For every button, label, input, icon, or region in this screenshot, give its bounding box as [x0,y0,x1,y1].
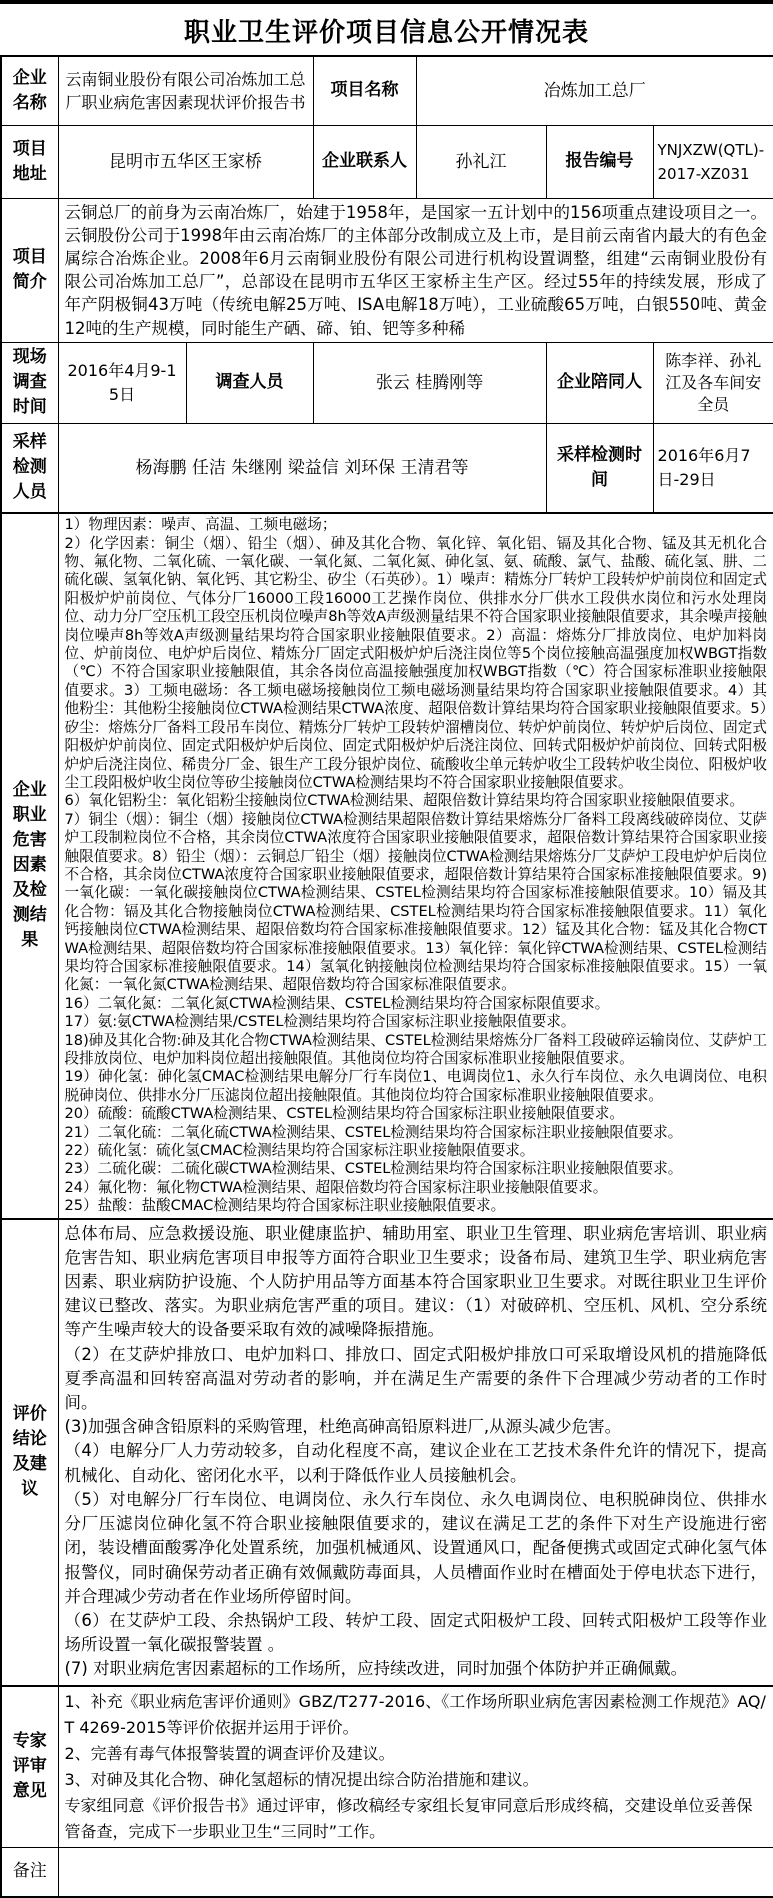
page-title: 职业卫生评价项目信息公开情况表 [0,4,773,55]
expert-review-text: 1、补充《职业病危害评价通则》GBZ/T277-2016、《工作场所职业病危害因… [65,1689,768,1845]
sampling-staff-label: 采样检测人员 [1,423,58,513]
sampling-staff-value: 杨海鹏 任洁 朱继刚 梁益信 刘环保 王清君等 [58,423,546,513]
hazards-cell: 1）物理因素：噪声、高温、工频电磁场； 2）化学因素：铜尘（烟）、铅尘（烟）、砷… [58,513,773,1218]
expert-review-label: 专家评审意见 [1,1686,58,1848]
surveyors-value: 张云 桂腾刚等 [313,342,546,423]
hazards-text: 1）物理因素：噪声、高温、工频电磁场； 2）化学因素：铜尘（烟）、铅尘（烟）、砷… [65,516,768,1215]
project-address-value: 昆明市五华区王家桥 [58,125,313,198]
company-name-label: 企业名称 [1,56,58,125]
row-conclusion: 评价结论及建议 总体布局、应急救援设施、职业健康监护、辅助用室、职业卫生管理、职… [1,1219,773,1686]
conclusion-text: 总体布局、应急救援设施、职业健康监护、辅助用室、职业卫生管理、职业病危害培训、职… [65,1222,768,1682]
row-site-survey: 现场调查时间 2016年4月9-15日 调查人员 张云 桂腾刚等 企业陪同人 陈… [1,342,773,423]
row-project-address: 项目地址 昆明市五华区王家桥 企业联系人 孙礼江 报告编号 YNJXZW(QTL… [1,125,773,198]
project-address-label: 项目地址 [1,125,58,198]
project-intro-label: 项目简介 [1,198,58,342]
conclusion-label: 评价结论及建议 [1,1219,58,1686]
row-project-intro: 项目简介 云铜总厂的前身为云南冶炼厂，始建于1958年，是国家一五计划中的156… [1,198,773,342]
row-hazards: 企业职业危害因素及检测结果 1）物理因素：噪声、高温、工频电磁场； 2）化学因素… [1,513,773,1218]
hazards-label: 企业职业危害因素及检测结果 [1,513,58,1218]
remarks-label: 备注 [1,1847,58,1897]
row-company-name: 企业名称 云南铜业股份有限公司冶炼加工总厂职业病危害因素现状评价报告书 项目名称… [1,56,773,125]
project-intro-text: 云铜总厂的前身为云南冶炼厂，始建于1958年，是国家一五计划中的156项重点建设… [65,201,768,340]
info-table: 企业名称 云南铜业股份有限公司冶炼加工总厂职业病危害因素现状评价报告书 项目名称… [0,55,773,1898]
project-name-label: 项目名称 [313,56,416,125]
sampling-time-label: 采样检测时间 [546,423,653,513]
report-no-value: YNJXZW(QTL)-2017-XZ031 [653,125,773,198]
company-name-value: 云南铜业股份有限公司冶炼加工总厂职业病危害因素现状评价报告书 [58,56,313,125]
company-escort-value: 陈李祥、孙礼江及各车间安全员 [653,342,773,423]
company-escort-label: 企业陪同人 [546,342,653,423]
expert-review-cell: 1、补充《职业病危害评价通则》GBZ/T277-2016、《工作场所职业病危害因… [58,1686,773,1848]
remarks-cell [58,1847,773,1897]
project-name-value: 冶炼加工总厂 [416,56,773,125]
row-sampling: 采样检测人员 杨海鹏 任洁 朱继刚 梁益信 刘环保 王清君等 采样检测时间 20… [1,423,773,513]
project-intro-cell: 云铜总厂的前身为云南冶炼厂，始建于1958年，是国家一五计划中的156项重点建设… [58,198,773,342]
sampling-time-value: 2016年6月7日-29日 [653,423,773,513]
site-survey-time-value: 2016年4月9-15日 [58,342,186,423]
document-page: 职业卫生评价项目信息公开情况表 企业名称 云南铜业股份有限公司冶炼加工总厂职业病… [0,0,773,1898]
surveyors-label: 调查人员 [186,342,313,423]
row-expert-review: 专家评审意见 1、补充《职业病危害评价通则》GBZ/T277-2016、《工作场… [1,1686,773,1848]
row-remarks: 备注 [1,1847,773,1897]
report-no-label: 报告编号 [546,125,653,198]
site-survey-time-label: 现场调查时间 [1,342,58,423]
conclusion-cell: 总体布局、应急救援设施、职业健康监护、辅助用室、职业卫生管理、职业病危害培训、职… [58,1219,773,1686]
contact-value: 孙礼江 [416,125,546,198]
contact-label: 企业联系人 [313,125,416,198]
